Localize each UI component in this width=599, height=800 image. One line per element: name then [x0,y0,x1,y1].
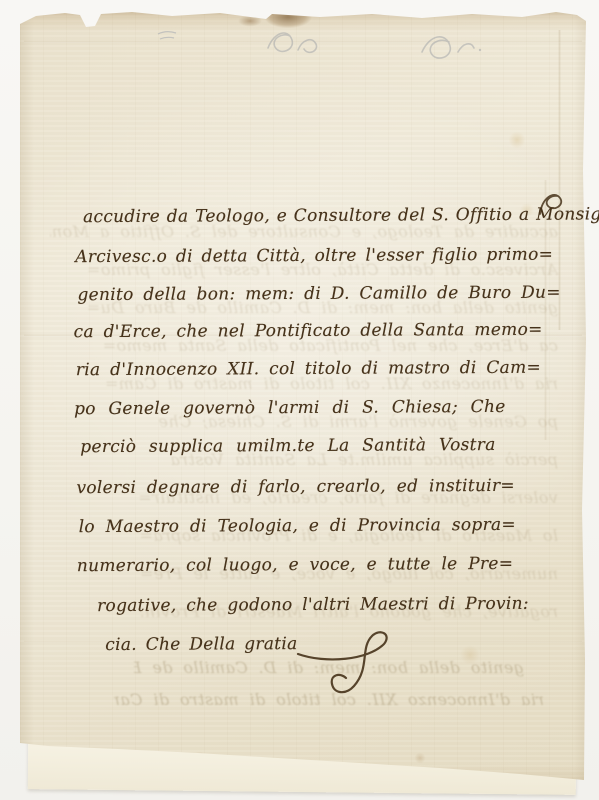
manuscript-line: po Genele governò l'armi di S. Chiesa; C… [74,397,506,419]
manuscript-line: accudire da Teologo, e Consultore del S.… [83,204,599,227]
manuscript-line: lo Maestro di Teologia, e di Provincia s… [79,515,516,537]
manuscript-line: perciò supplica umilm.te La Santità Vost… [80,435,495,457]
manuscript-line: Arcivesc.o di detta Città, oltre l'esser… [75,245,553,268]
manuscript-line: rogative, che godono l'altri Maestri di … [97,594,529,616]
manuscript-line: volersi degnare di farlo, crearlo, ed in… [76,476,515,498]
manuscript-line: ca d'Erce, che nel Pontificato della San… [74,320,543,342]
handwritten-text: accudire da Teologo, e Consultore del S.… [0,0,599,800]
manuscript-line: numerario, col luogo, e voce, e tutte le… [77,554,514,576]
manuscript-line: cia. Che Della gratia [105,634,297,655]
manuscript-photo: accudire da Teologo, e Consultore del S.… [0,0,599,800]
manuscript-line: genito della bon: mem: di D. Camillo de … [77,283,560,306]
manuscript-line: ria d'Innocenzo XII. col titolo di mastr… [76,358,541,380]
